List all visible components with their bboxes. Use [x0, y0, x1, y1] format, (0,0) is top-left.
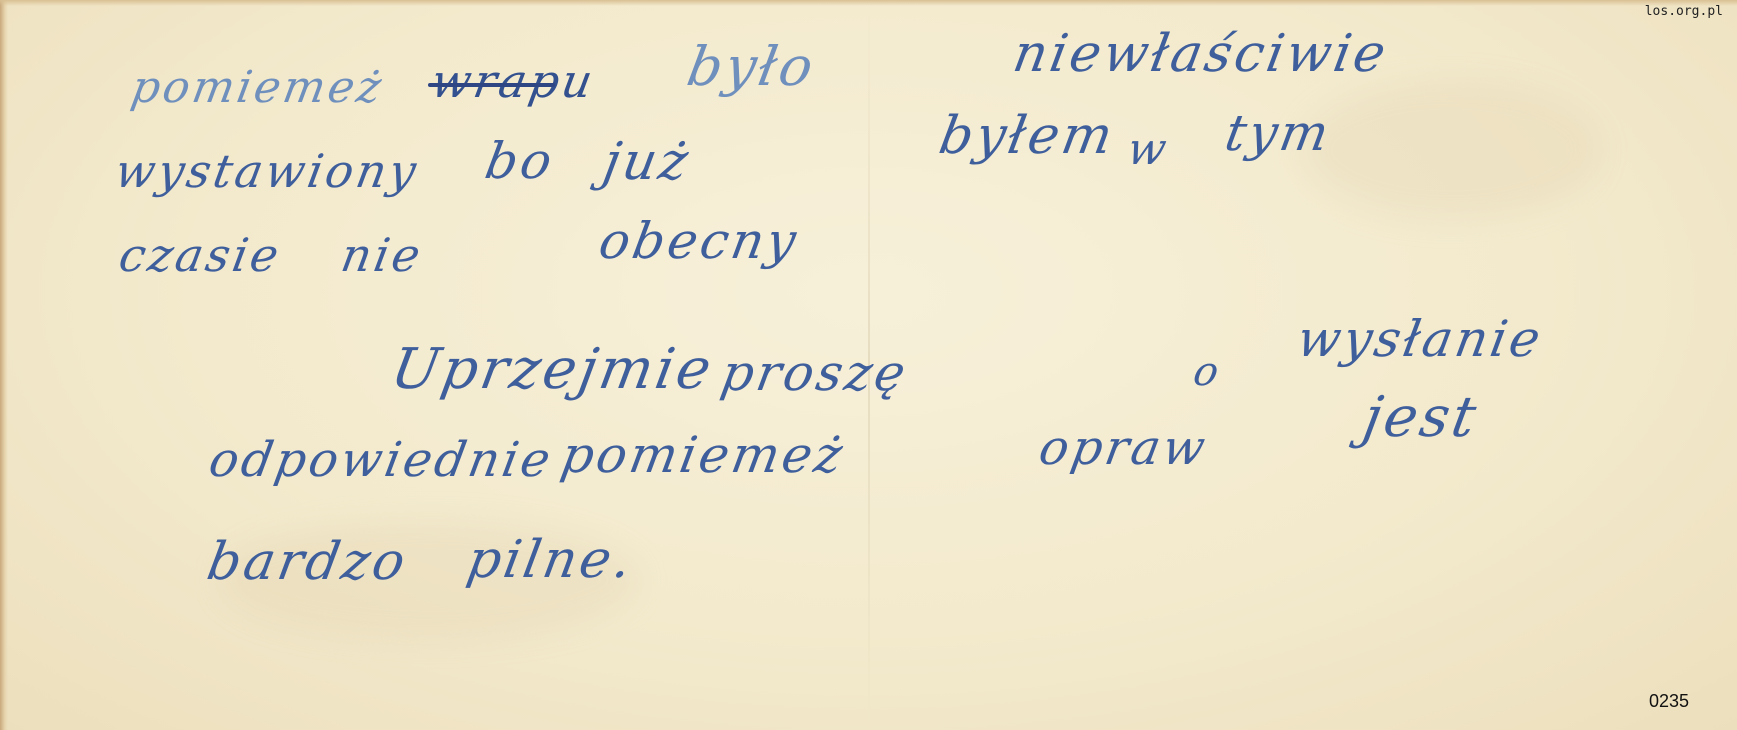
handwritten-word: jest — [1359, 390, 1483, 446]
handwritten-word: nie — [338, 232, 427, 278]
handwritten-word: bo — [482, 136, 559, 186]
handwritten-word: pomiemeż — [128, 66, 387, 110]
handwritten-word: wystawiony — [112, 148, 422, 194]
paper-stain — [1300, 80, 1600, 220]
handwritten-word: Uprzejmie — [387, 342, 718, 398]
handwritten-word: w — [1124, 128, 1172, 172]
handwritten-word: obecny — [596, 216, 803, 266]
handwritten-word: opraw — [1036, 424, 1212, 472]
handwritten-word: czasie — [116, 232, 285, 278]
handwritten-word: proszę — [718, 348, 912, 398]
handwritten-word: wysłanie — [1294, 314, 1547, 364]
handwritten-word: pomiemeż — [558, 430, 849, 480]
handwritten-word: pilne. — [463, 534, 638, 586]
handwritten-word: odpowiednie — [206, 436, 557, 484]
handwritten-word: bardzo — [203, 536, 411, 588]
paper-edge-left — [0, 0, 8, 730]
page-number: 0235 — [1649, 691, 1689, 712]
strikethrough-mark — [428, 83, 555, 87]
handwritten-word: niewłaściwie — [1009, 28, 1392, 80]
handwritten-word: tym — [1222, 108, 1336, 158]
handwritten-word: już — [599, 136, 694, 188]
scanned-letter-page: los.org.pl pomiemeżwrapubyłoniewłaściwie… — [0, 0, 1737, 730]
handwritten-word: było — [683, 40, 820, 94]
handwritten-word: o — [1190, 352, 1224, 392]
struck-word: wrapu — [428, 58, 599, 104]
watermark: los.org.pl — [1645, 4, 1723, 19]
handwritten-word: byłem — [935, 110, 1119, 162]
